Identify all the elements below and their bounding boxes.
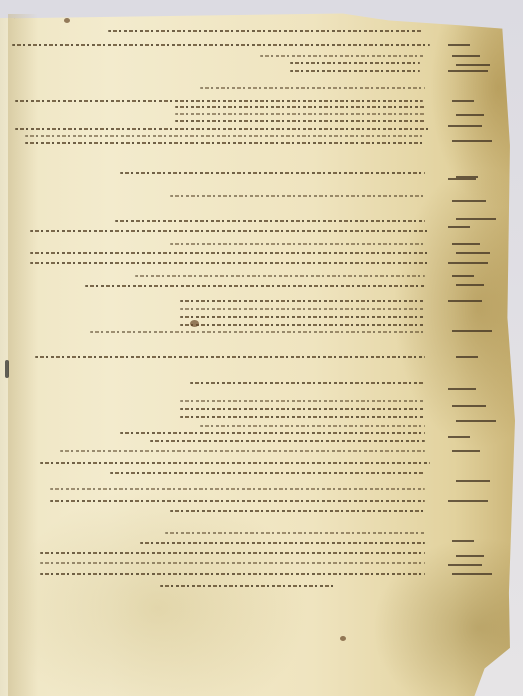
margin-annotation-mark [448, 388, 476, 390]
handwritten-line [50, 488, 425, 490]
handwritten-line [90, 331, 425, 333]
margin-annotation-mark [448, 436, 470, 438]
ink-spot [340, 636, 346, 641]
handwritten-line [170, 510, 425, 512]
handwritten-line [150, 440, 425, 442]
margin-annotation-mark [452, 330, 492, 332]
handwritten-line [180, 416, 425, 418]
handwritten-line [40, 573, 425, 575]
handwritten-line [170, 195, 425, 197]
handwritten-line [50, 500, 425, 502]
handwritten-line [60, 450, 425, 452]
handwritten-line [85, 285, 425, 287]
handwritten-line [120, 432, 425, 434]
margin-annotation-mark [456, 555, 484, 557]
handwritten-line [260, 55, 425, 57]
handwritten-line [40, 562, 425, 564]
margin-annotation-mark [452, 243, 480, 245]
handwritten-line [15, 100, 423, 102]
handwritten-line [290, 70, 420, 72]
binding-hole [5, 360, 9, 378]
handwritten-line [200, 87, 425, 89]
handwritten-line [110, 472, 425, 474]
handwritten-line [15, 128, 430, 130]
margin-annotation-mark [456, 420, 496, 422]
handwritten-line [200, 425, 425, 427]
margin-annotation-mark [448, 564, 482, 566]
handwritten-line [290, 62, 420, 64]
handwritten-line [25, 135, 425, 137]
margin-annotation-mark [456, 64, 490, 66]
handwritten-line [190, 382, 425, 384]
margin-annotation-mark [452, 200, 486, 202]
margin-annotation-mark [448, 226, 470, 228]
margin-annotation-mark [448, 44, 470, 46]
handwritten-line [165, 532, 425, 534]
ink-blot [190, 320, 199, 327]
margin-annotation-mark [452, 55, 480, 57]
handwritten-line [30, 252, 430, 254]
handwritten-line [108, 30, 423, 32]
margin-annotation-mark [456, 284, 484, 286]
handwritten-line [40, 552, 425, 554]
margin-annotation-mark [456, 356, 478, 358]
ink-stain [64, 18, 70, 23]
handwritten-line [175, 120, 425, 122]
margin-annotation-mark [452, 540, 474, 542]
binding-gutter [8, 14, 38, 696]
margin-annotation-mark [456, 114, 484, 116]
margin-annotation-mark [452, 275, 474, 277]
handwritten-line [170, 243, 425, 245]
manuscript-folio: Manuscript folio [8, 8, 515, 696]
margin-annotation-mark [452, 450, 480, 452]
handwritten-line [180, 400, 425, 402]
margin-annotation-mark [452, 405, 486, 407]
margin-annotation-mark [456, 252, 490, 254]
handwritten-line [35, 356, 425, 358]
handwritten-line [40, 462, 430, 464]
handwritten-line [140, 542, 425, 544]
margin-annotation-mark [452, 100, 474, 102]
margin-annotation-mark [448, 125, 482, 127]
margin-annotation-mark [456, 218, 496, 220]
margin-annotation-mark [448, 262, 488, 264]
margin-annotation-mark [452, 573, 492, 575]
handwritten-line [30, 262, 430, 264]
margin-annotation-mark [448, 178, 476, 180]
handwritten-line [115, 220, 425, 222]
margin-annotation-mark [448, 70, 488, 72]
handwritten-line [12, 44, 430, 46]
handwritten-line [180, 308, 425, 310]
handwritten-line [120, 172, 425, 174]
handwritten-line [30, 230, 430, 232]
margin-annotation-mark [452, 140, 492, 142]
handwritten-line [180, 316, 425, 318]
handwritten-line [175, 106, 425, 108]
margin-annotation-mark [448, 300, 482, 302]
margin-annotation-mark [448, 500, 488, 502]
handwritten-line [25, 142, 425, 144]
handwritten-line [180, 300, 425, 302]
handwritten-line [180, 408, 425, 410]
handwritten-line [180, 324, 425, 326]
handwritten-line [175, 113, 425, 115]
margin-annotation-mark [456, 480, 490, 482]
handwritten-line [160, 585, 335, 587]
handwritten-line [135, 275, 425, 277]
